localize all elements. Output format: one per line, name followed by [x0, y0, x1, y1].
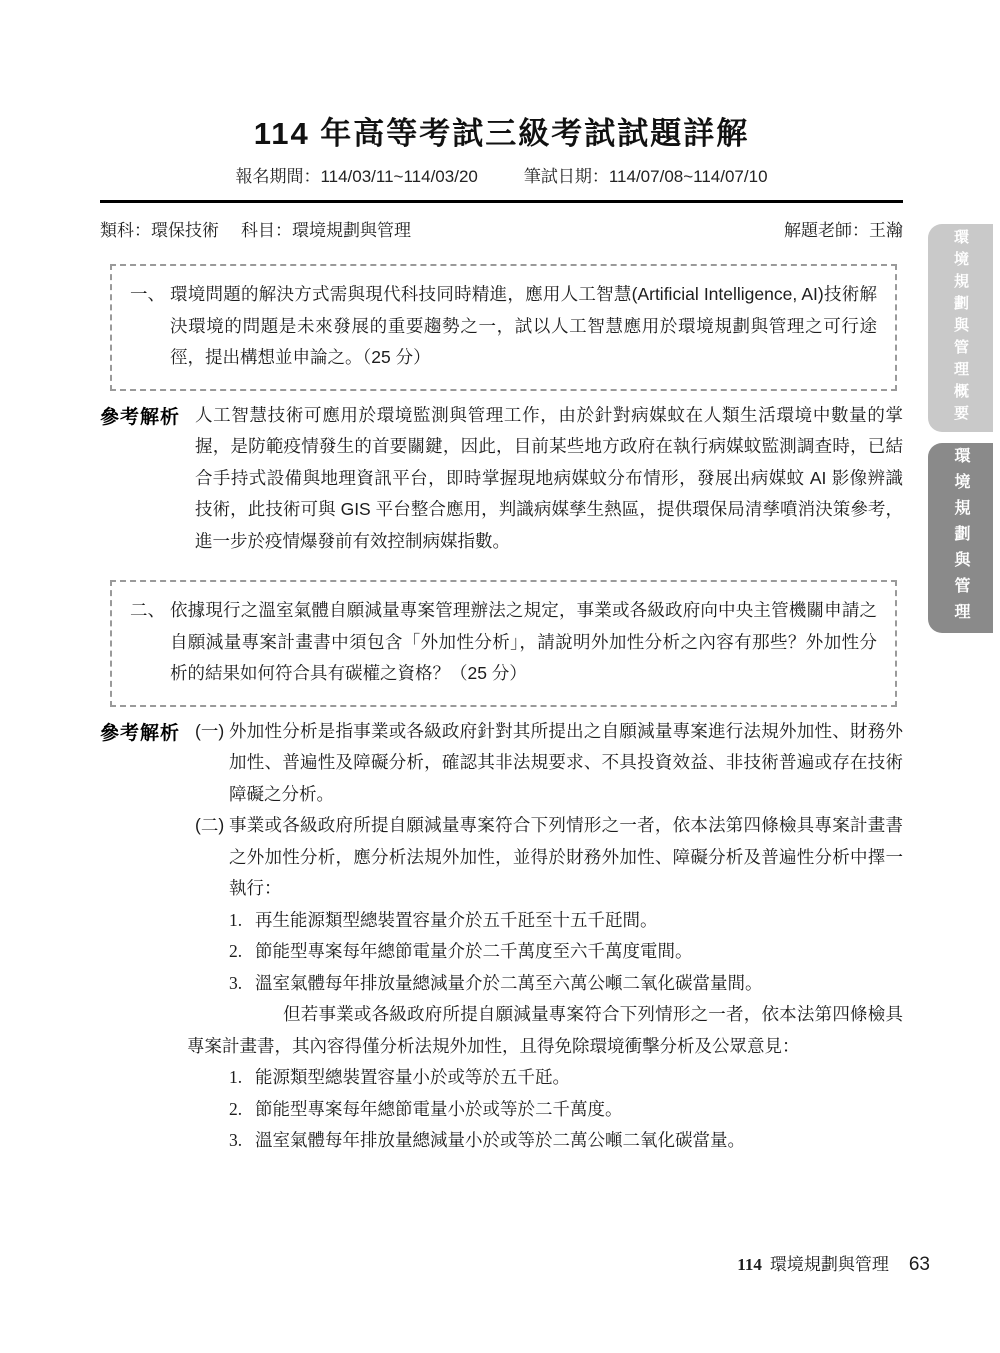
list-item: 2. 節能型專案每年總節電量介於二千萬度至六千萬度電間。 [229, 936, 903, 968]
list-item-text: 節能型專案每年總節電量介於二千萬度至六千萬度電間。 [255, 936, 903, 968]
exception-paragraph: 但若事業或各級政府所提自願減量專案符合下列情形之一者，依本法第四條檢具專案計畫書… [187, 999, 903, 1062]
analysis-2-body: (一) 外加性分析是指事業或各級政府針對其所提出之自願減量專案進行法規外加性、財… [195, 716, 903, 1157]
list-item-text: 能源類型總裝置容量小於或等於五千瓩。 [255, 1062, 903, 1094]
registration-period: 報名期間：114/03/11~114/03/20 [235, 162, 477, 187]
exam-dates-row: 報名期間：114/03/11~114/03/20 筆試日期：114/07/08~… [100, 162, 903, 187]
list-item-number: 1. [229, 905, 255, 937]
list-item-number: 2. [229, 1094, 255, 1126]
list-item-text: 溫室氣體每年排放量總減量小於或等於二萬公噸二氧化碳當量。 [255, 1125, 903, 1157]
list-item-text: 溫室氣體每年排放量總減量介於二萬至六萬公噸二氧化碳當量間。 [255, 968, 903, 1000]
item-1-text: 外加性分析是指事業或各級政府針對其所提出之自願減量專案進行法規外加性、財務外加性… [229, 716, 903, 811]
list-item-number: 3. [229, 1125, 255, 1157]
footer-year-code: 114 [737, 1255, 762, 1274]
question-1-text: 環境問題的解決方式需與現代科技同時精進，應用人工智慧(Artificial In… [170, 279, 877, 374]
list-item: 1. 再生能源類型總裝置容量介於五千瓩至十五千瓩間。 [229, 905, 903, 937]
header-divider [100, 200, 903, 203]
exam-category: 類科：環保技術 [100, 216, 219, 241]
question-1-box: 一、 環境問題的解決方式需與現代科技同時精進，應用人工智慧(Artificial… [110, 264, 897, 391]
analysis-2: 參考解析 (一) 外加性分析是指事業或各級政府針對其所提出之自願減量專案進行法規… [100, 716, 903, 1157]
page-footer: 114環境規劃與管理63 [100, 1250, 930, 1276]
list-item-text: 節能型專案每年總節電量小於或等於二千萬度。 [255, 1094, 903, 1126]
exam-subject: 科目：環境規劃與管理 [241, 216, 411, 241]
criteria-list-2: 1. 能源類型總裝置容量小於或等於五千瓩。 2. 節能型專案每年總節電量小於或等… [229, 1062, 903, 1157]
question-1-number: 一、 [130, 279, 170, 374]
analysis-1: 參考解析 人工智慧技術可應用於環境監測與管理工作，由於針對病媒蚊在人類生活環境中… [100, 400, 903, 558]
analysis-2-item-2: (二) 事業或各級政府所提自願減量專案符合下列情形之一者，依本法第四條檢具專案計… [195, 810, 903, 905]
analysis-2-label: 參考解析 [100, 716, 188, 1157]
meta-left: 類科：環保技術 科目：環境規劃與管理 [100, 216, 411, 241]
question-1: 一、 環境問題的解決方式需與現代科技同時精進，應用人工智慧(Artificial… [130, 279, 877, 374]
list-item: 1. 能源類型總裝置容量小於或等於五千瓩。 [229, 1062, 903, 1094]
list-item-text: 再生能源類型總裝置容量介於五千瓩至十五千瓩間。 [255, 905, 903, 937]
list-item: 2. 節能型專案每年總節電量小於或等於二千萬度。 [229, 1094, 903, 1126]
list-item-number: 2. [229, 936, 255, 968]
question-2: 二、 依據現行之溫室氣體自願減量專案管理辦法之規定，事業或各級政府向中央主管機關… [130, 595, 877, 690]
item-2-marker: (二) [195, 810, 229, 905]
analysis-1-label: 參考解析 [100, 400, 188, 558]
question-2-number: 二、 [130, 595, 170, 690]
analysis-1-body: 人工智慧技術可應用於環境監測與管理工作，由於針對病媒蚊在人類生活環境中數量的掌握… [195, 400, 903, 558]
criteria-list-1: 1. 再生能源類型總裝置容量介於五千瓩至十五千瓩間。 2. 節能型專案每年總節電… [229, 905, 903, 1000]
item-2-text: 事業或各級政府所提自願減量專案符合下列情形之一者，依本法第四條檢具專案計畫書之外… [229, 810, 903, 905]
page-number: 63 [909, 1254, 930, 1275]
side-tab-current-subject: 環境規劃與管理 [928, 443, 993, 633]
question-2-box: 二、 依據現行之溫室氣體自願減量專案管理辦法之規定，事業或各級政府向中央主管機關… [110, 580, 897, 707]
list-item: 3. 溫室氣體每年排放量總減量介於二萬至六萬公噸二氧化碳當量間。 [229, 968, 903, 1000]
meta-row: 類科：環保技術 科目：環境規劃與管理 解題老師：王瀚 [100, 216, 903, 241]
list-item-number: 3. [229, 968, 255, 1000]
list-item: 3. 溫室氣體每年排放量總減量小於或等於二萬公噸二氧化碳當量。 [229, 1125, 903, 1157]
question-2-text: 依據現行之溫室氣體自願減量專案管理辦法之規定，事業或各級政府向中央主管機關申請之… [170, 595, 877, 690]
written-exam-date: 筆試日期：114/07/08~114/07/10 [524, 162, 768, 187]
page-content: 114 年高等考試三級考試試題詳解 報名期間：114/03/11~114/03/… [100, 0, 903, 1157]
item-1-marker: (一) [195, 716, 229, 811]
footer-subject: 環境規劃與管理 [770, 1255, 889, 1274]
list-item-number: 1. [229, 1062, 255, 1094]
analysis-1-paragraph: 人工智慧技術可應用於環境監測與管理工作，由於針對病媒蚊在人類生活環境中數量的掌握… [195, 400, 903, 558]
page-title: 114 年高等考試三級考試試題詳解 [100, 108, 903, 153]
side-tab-overview: 環境規劃與管理概要 [928, 224, 993, 432]
analysis-2-item-1: (一) 外加性分析是指事業或各級政府針對其所提出之自願減量專案進行法規外加性、財… [195, 716, 903, 811]
solver-name: 解題老師：王瀚 [784, 216, 903, 241]
